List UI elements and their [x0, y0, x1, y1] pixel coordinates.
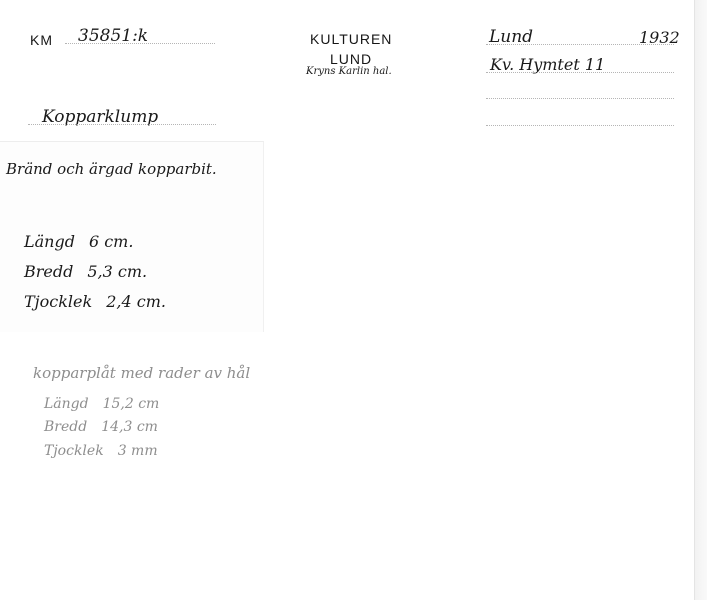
measurement-value: 6 cm. — [89, 232, 133, 251]
measurement-value: 5,3 cm. — [87, 262, 147, 281]
pencil-measurement-row: Längd15,2 cm — [44, 396, 159, 412]
pencil-note-description: kopparplåt med rader av hål — [33, 364, 250, 382]
institution-city: LUND — [330, 51, 372, 67]
measurement-row: Längd6 cm. — [24, 232, 133, 251]
measurement-label: Tjocklek — [24, 292, 92, 311]
pencil-measurement-row: Bredd14,3 cm — [44, 419, 158, 435]
object-description: Bränd och ärgad kopparbit. — [6, 160, 217, 178]
measurement-value: 2,4 cm. — [106, 292, 166, 311]
site-line — [486, 72, 674, 73]
pencil-measurement-row: Tjocklek3 mm — [44, 443, 158, 459]
blank-line — [486, 125, 674, 126]
card-edge-shadow — [694, 0, 707, 600]
measurement-label: Bredd — [24, 262, 73, 281]
measurement-row: Tjocklek2,4 cm. — [24, 292, 166, 311]
measurement-label: Tjocklek — [44, 443, 104, 459]
measurement-value: 15,2 cm — [103, 396, 160, 412]
institution-handwritten-note: Kryns Karlin hal. — [306, 66, 392, 77]
institution-name: KULTUREN — [310, 31, 392, 47]
catalog-number: 35851:k — [78, 26, 148, 46]
measurement-value: 14,3 cm — [101, 419, 158, 435]
measurement-row: Bredd5,3 cm. — [24, 262, 147, 281]
measurement-label: Längd — [44, 396, 89, 412]
measurement-label: Bredd — [44, 419, 87, 435]
measurement-label: Längd — [24, 232, 75, 251]
place-line — [486, 44, 674, 45]
km-label: KM — [30, 32, 53, 48]
measurement-value: 3 mm — [118, 443, 158, 459]
blank-line — [486, 98, 674, 99]
catalog-card: KM 35851:k KULTUREN LUND Kryns Karlin ha… — [0, 0, 694, 600]
object-name-line — [28, 124, 216, 125]
